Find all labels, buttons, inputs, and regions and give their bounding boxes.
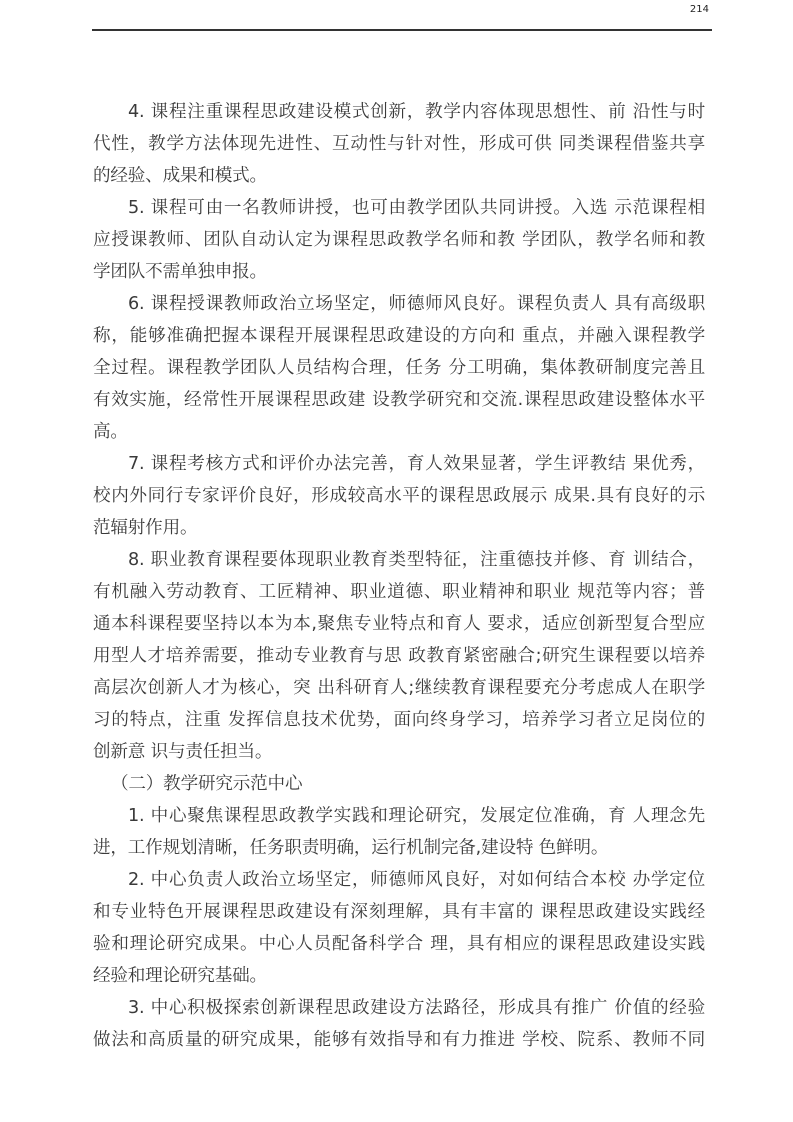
- text-line: 称，能够准确把握本课程开展课程思政建设的方向和 重点，并融入课程教学: [93, 320, 705, 352]
- text-line: 创新意 识与责任担当。: [93, 736, 705, 768]
- text-line: 7. 课程考核方式和评价办法完善，育人效果显著，学生评教结 果优秀，: [93, 448, 705, 480]
- section-heading: （二）教学研究示范中心: [93, 768, 705, 800]
- text-line: 6. 课程授课教师政治立场坚定，师德师风良好。课程负责人 具有高级职: [93, 288, 705, 320]
- text-line: 1. 中心聚焦课程思政教学实践和理论研究，发展定位准确，育 人理念先: [93, 800, 705, 832]
- text-line: 8. 职业教育课程要体现职业教育类型特征，注重德技并修、育 训结合，: [93, 544, 705, 576]
- text-line: 高层次创新人才为核心，突 出科研育人;继续教育课程要充分考虑成人在职学: [93, 672, 705, 704]
- text-line: 学团队不需单独申报。: [93, 256, 705, 288]
- text-line: 代性，教学方法体现先进性、互动性与针对性，形成可供 同类课程借鉴共享: [93, 128, 705, 160]
- document-body: 4. 课程注重课程思政建设模式创新，教学内容体现思想性、前 沿性与时代性，教学方…: [93, 96, 705, 1056]
- text-line: 应授课教师、团队自动认定为课程思政教学名师和教 学团队，教学名师和教: [93, 224, 705, 256]
- text-line: 有机融入劳动教育、工匠精神、职业道德、职业精神和职业 规范等内容；普: [93, 576, 705, 608]
- text-line: 经验和理论研究基础。: [93, 960, 705, 992]
- text-line: 习的特点，注重 发挥信息技术优势，面向终身学习，培养学习者立足岗位的: [93, 704, 705, 736]
- text-line: 3. 中心积极探索创新课程思政建设方法路径，形成具有推广 价值的经验: [93, 992, 705, 1024]
- text-line: 的经验、成果和模式。: [93, 160, 705, 192]
- text-line: 进，工作规划清晰，任务职责明确，运行机制完备,建设特 色鲜明。: [93, 832, 705, 864]
- header-rule: [92, 29, 712, 31]
- text-line: 和专业特色开展课程思政建设有深刻理解，具有丰富的 课程思政建设实践经: [93, 896, 705, 928]
- text-line: 高。: [93, 416, 705, 448]
- page-number: 214: [690, 4, 709, 15]
- text-line: 校内外同行专家评价良好，形成较高水平的课程思政展示 成果.具有良好的示: [93, 480, 705, 512]
- text-line: 通本科课程要坚持以本为本,聚焦专业特点和育人 要求，适应创新型复合型应: [93, 608, 705, 640]
- text-line: 做法和高质量的研究成果，能够有效指导和有力推进 学校、院系、教师不同: [93, 1024, 705, 1056]
- text-line: 5. 课程可由一名教师讲授，也可由教学团队共同讲授。入选 示范课程相: [93, 192, 705, 224]
- text-line: 4. 课程注重课程思政建设模式创新，教学内容体现思想性、前 沿性与时: [93, 96, 705, 128]
- text-line: 有效实施，经常性开展课程思政建 设教学研究和交流.课程思政建设整体水平: [93, 384, 705, 416]
- text-line: 全过程。课程教学团队人员结构合理，任务 分工明确，集体教研制度完善且: [93, 352, 705, 384]
- text-line: 2. 中心负责人政治立场坚定，师德师风良好，对如何结合本校 办学定位: [93, 864, 705, 896]
- text-line: 验和理论研究成果。中心人员配备科学合 理，具有相应的课程思政建设实践: [93, 928, 705, 960]
- text-line: 范辐射作用。: [93, 512, 705, 544]
- text-line: 用型人才培养需要，推动专业教育与思 政教育紧密融合;研究生课程要以培养: [93, 640, 705, 672]
